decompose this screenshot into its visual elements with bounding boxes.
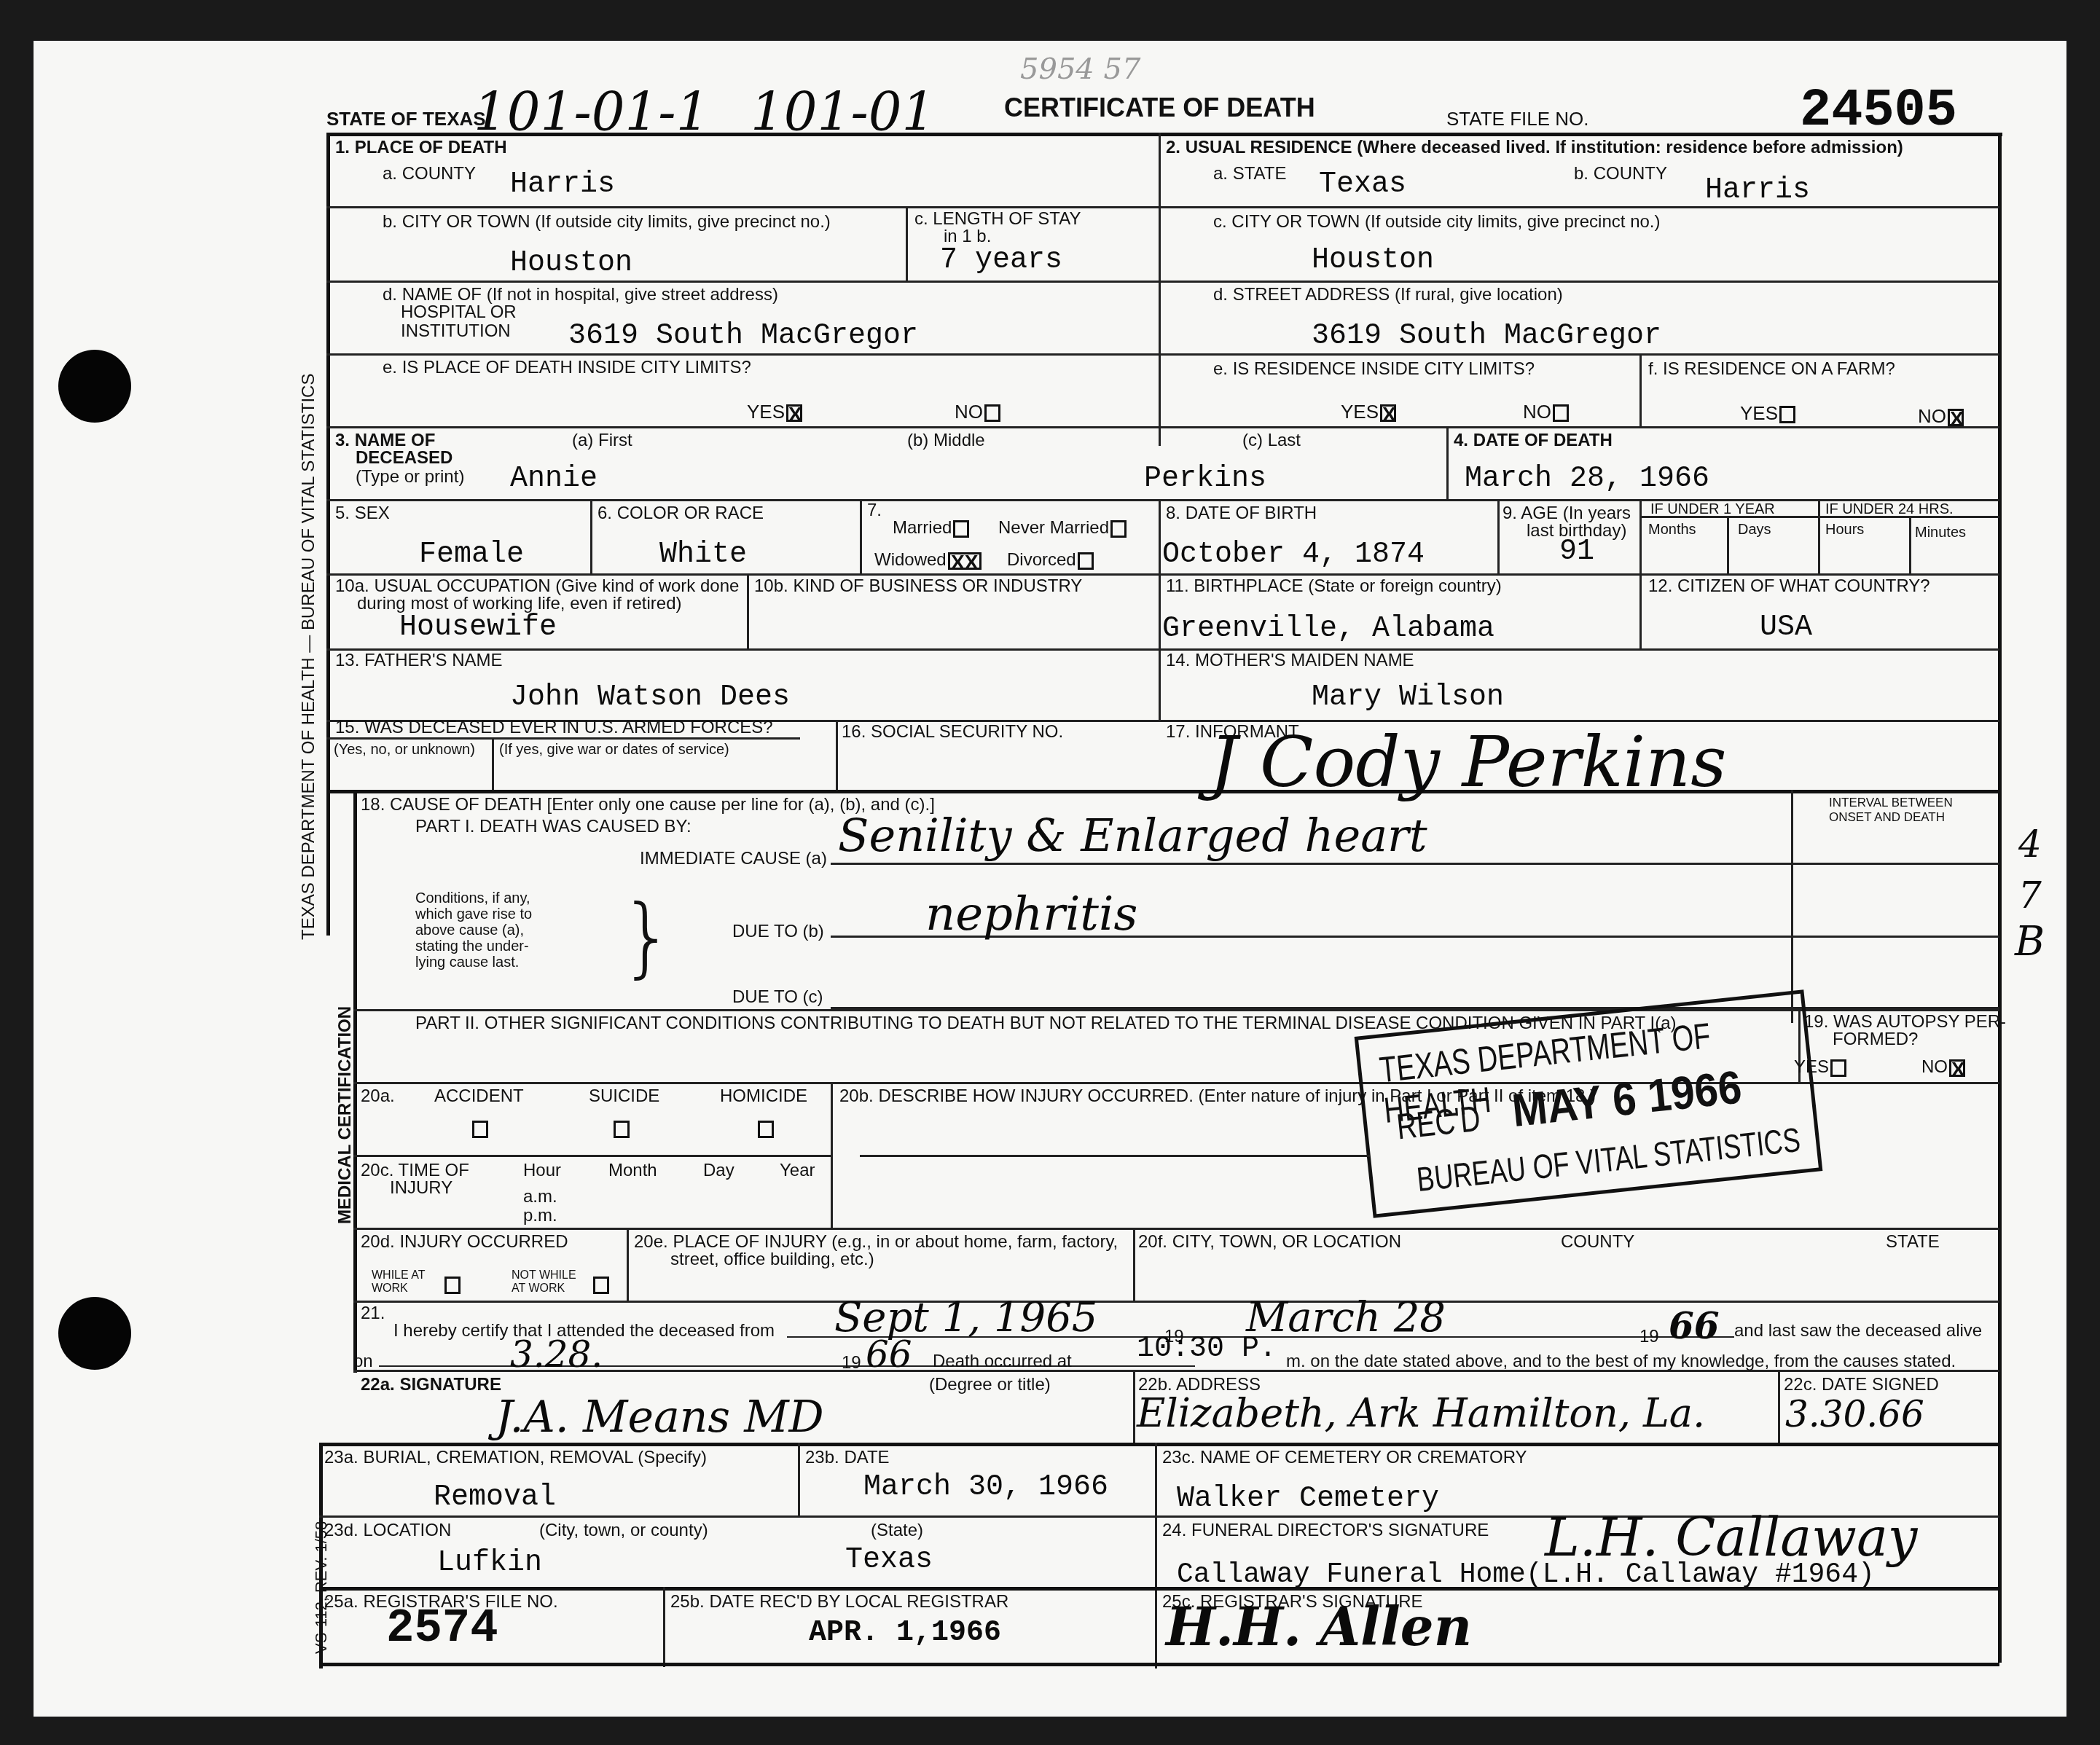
injury-type-label: 20a. — [361, 1087, 395, 1106]
degree-label: (Degree or title) — [929, 1376, 1051, 1395]
registrar-date-label: 25b. DATE REC'D BY LOCAL REGISTRAR — [670, 1593, 1008, 1612]
suicide-label: SUICIDE — [589, 1087, 659, 1106]
birthplace-value: Greenville, Alabama — [1162, 613, 1494, 646]
residence-inside-yes[interactable]: YESX — [1341, 402, 1396, 422]
homicide-label: HOMICIDE — [720, 1087, 807, 1106]
place-of-injury-label-2: street, office building, etc.) — [670, 1250, 874, 1269]
residence-state-value: Texas — [1319, 169, 1406, 201]
minutes-label: Minutes — [1915, 525, 1966, 541]
certify-text-4: m. on the date stated above, and to the … — [1286, 1352, 1956, 1371]
farm-no[interactable]: NOX — [1918, 407, 1964, 426]
armed-forces-label: 15. WAS DECEASED EVER IN U.S. ARMED FORC… — [335, 718, 773, 737]
place-of-death-label: 1. PLACE OF DEATH — [335, 138, 507, 157]
death-city-label: b. CITY OR TOWN (If outside city limits,… — [383, 213, 831, 232]
state-of-texas-label: STATE OF TEXAS — [326, 109, 486, 128]
usual-residence-label: 2. USUAL RESIDENCE (Where deceased lived… — [1166, 138, 1903, 157]
checkbox[interactable] — [1830, 1059, 1846, 1077]
citizen-label: 12. CITIZEN OF WHAT COUNTRY? — [1648, 577, 1930, 596]
checkbox-checked[interactable]: X — [1948, 409, 1964, 426]
while-at-work-checkbox[interactable] — [444, 1277, 461, 1294]
signature-label: 22a. SIGNATURE — [361, 1376, 501, 1395]
checkbox[interactable] — [984, 404, 1000, 422]
residence-city-label: c. CITY OR TOWN (If outside city limits,… — [1213, 213, 1661, 232]
certification-number: 21. — [361, 1304, 385, 1323]
certificate-title: CERTIFICATE OF DEATH — [1004, 93, 1315, 122]
race-label: 6. COLOR OR RACE — [598, 504, 764, 523]
due-to-b-value: nephritis — [925, 887, 1137, 941]
institution-label-2: HOSPITAL OR — [401, 303, 517, 322]
checkbox-checked[interactable]: X — [1380, 404, 1396, 422]
date-of-death-value: March 28, 1966 — [1465, 463, 1709, 495]
autopsy-no[interactable]: NOX — [1921, 1058, 1965, 1077]
funeral-home-value: Callaway Funeral Home(L.H. Callaway #196… — [1177, 1559, 1875, 1591]
checkbox[interactable] — [1110, 520, 1127, 538]
pencil-note: 5954 57 — [1020, 52, 1140, 86]
father-name-label: 13. FATHER'S NAME — [335, 651, 503, 670]
registrar-signature: H.H. Allen — [1166, 1596, 1472, 1658]
margin-note-2: 7 — [2018, 874, 2042, 917]
mother-name-label: 14. MOTHER'S MAIDEN NAME — [1166, 651, 1414, 670]
margin-note-1: 4 — [2018, 823, 2042, 866]
death-county-value: Harris — [510, 169, 615, 201]
residence-county-value: Harris — [1705, 175, 1810, 207]
not-while-at-work-checkbox[interactable] — [593, 1277, 609, 1294]
residence-state-label: a. STATE — [1213, 165, 1286, 184]
death-time: 10:30 P. — [1137, 1333, 1277, 1365]
father-name-value: John Watson Dees — [510, 682, 790, 714]
widowed-option[interactable]: WidowedXX — [874, 551, 982, 570]
medical-certification-label: MEDICAL CERTIFICATION — [335, 1006, 356, 1224]
homicide-checkbox[interactable] — [758, 1121, 774, 1138]
autopsy-label-2: FORMED? — [1833, 1030, 1918, 1049]
last-name-value: Perkins — [1144, 463, 1266, 495]
mother-name-value: Mary Wilson — [1312, 682, 1504, 714]
location-label: 23d. LOCATION — [324, 1521, 451, 1540]
residence-street-value: 3619 South MacGregor — [1312, 321, 1661, 353]
side-label-texas-dept: TEXAS DEPARTMENT OF HEALTH — BUREAU OF V… — [299, 374, 319, 940]
informant-signature: J Cody Perkins — [1210, 721, 1726, 803]
punch-hole — [58, 1297, 131, 1370]
immediate-cause-value: Senility & Enlarged heart — [838, 809, 1427, 862]
residence-inside-no[interactable]: NO — [1523, 402, 1569, 422]
institution-label-3: INSTITUTION — [401, 322, 511, 341]
armed-forces-sub-1: (Yes, no, or unknown) — [334, 742, 475, 758]
attended-to-year: 66 — [1669, 1304, 1720, 1347]
brace-icon: } — [619, 890, 675, 985]
date-signed-value: 3.30.66 — [1785, 1393, 1924, 1435]
injury-occurred-label: 20d. INJURY OCCURRED — [361, 1233, 568, 1252]
checkbox[interactable] — [953, 520, 969, 538]
social-security-label: 16. SOCIAL SECURITY NO. — [842, 723, 1063, 742]
stamp-recd: REC'D — [1395, 1099, 1482, 1149]
age-value: 91 — [1559, 536, 1594, 568]
certify-text-3: Death occurred at — [933, 1352, 1072, 1371]
length-of-stay-value: 7 years — [940, 245, 1062, 277]
year-label: Year — [780, 1161, 815, 1180]
time-of-injury-label-2: INJURY — [390, 1179, 452, 1198]
immediate-cause-label: IMMEDIATE CAUSE (a) — [640, 850, 827, 868]
location-state-label: (State) — [871, 1521, 923, 1540]
sex-label: 5. SEX — [335, 504, 390, 523]
due-to-c-label: DUE TO (c) — [732, 988, 823, 1007]
marital-status-label: 7. — [867, 501, 882, 520]
burial-label: 23a. BURIAL, CREMATION, REMOVAL (Specify… — [324, 1448, 707, 1467]
certify-19c: 19 — [842, 1354, 861, 1373]
death-city-value: Houston — [510, 248, 632, 280]
checkbox[interactable] — [1078, 552, 1094, 570]
injury-state-label: STATE — [1886, 1233, 1940, 1252]
first-name-label: (a) First — [572, 431, 632, 450]
months-label: Months — [1648, 522, 1696, 538]
injury-city-label: 20f. CITY, TOWN, OR LOCATION — [1138, 1233, 1401, 1252]
length-of-stay-label: c. LENGTH OF STAY — [914, 210, 1081, 229]
checkbox[interactable] — [1779, 406, 1795, 423]
part-1-label: PART I. DEATH WAS CAUSED BY: — [415, 817, 691, 836]
certify-text-2: and last saw the deceased alive — [1734, 1322, 1982, 1341]
deceased-name-label-2: DECEASED — [356, 449, 452, 468]
accident-label: ACCIDENT — [434, 1087, 524, 1106]
never-married-option[interactable]: Never Married — [998, 519, 1127, 538]
citizen-value: USA — [1760, 612, 1812, 644]
checkbox-checked[interactable]: X — [786, 404, 802, 422]
interval-label-2: ONSET AND DEATH — [1829, 810, 1945, 824]
hour-label: Hour — [523, 1161, 561, 1180]
disposition-date-value: March 30, 1966 — [863, 1472, 1108, 1504]
registrar-file-value: 2574 — [386, 1603, 498, 1655]
farm-yes[interactable]: YES — [1740, 404, 1795, 423]
pm-label: p.m. — [523, 1207, 557, 1226]
disposition-date-label: 23b. DATE — [805, 1448, 890, 1467]
describe-injury-label: 20b. DESCRIBE HOW INJURY OCCURRED. (Ente… — [839, 1087, 1596, 1106]
farm-label: f. IS RESIDENCE ON A FARM? — [1648, 360, 1895, 379]
location-city-value: Lufkin — [437, 1548, 542, 1580]
death-inside-limits-label: e. IS PLACE OF DEATH INSIDE CITY LIMITS? — [383, 358, 751, 377]
not-while-at-work-label[interactable]: NOT WHILEAT WORK — [512, 1269, 576, 1295]
last-name-label: (c) Last — [1242, 431, 1301, 450]
days-label: Days — [1738, 522, 1771, 538]
suicide-checkbox[interactable] — [614, 1121, 630, 1138]
certify-19b: 19 — [1639, 1328, 1659, 1346]
under-1-year-label: IF UNDER 1 YEAR — [1650, 501, 1775, 517]
armed-forces-sub-2: (If yes, give war or dates of service) — [499, 742, 729, 758]
physician-signature: J.A. Means MD — [495, 1392, 824, 1443]
registrar-date-value: APR. 1,1966 — [809, 1617, 1001, 1650]
cemetery-value: Walker Cemetery — [1177, 1483, 1439, 1515]
burial-value: Removal — [434, 1482, 556, 1514]
under-24-hrs-label: IF UNDER 24 HRS. — [1825, 501, 1954, 517]
date-of-birth-value: October 4, 1874 — [1162, 539, 1425, 571]
on-label: on — [353, 1352, 373, 1371]
physician-address: Elizabeth, Ark Hamilton, La. — [1137, 1390, 1705, 1436]
interval-label: INTERVAL BETWEEN — [1829, 796, 1953, 809]
location-state-value: Texas — [845, 1545, 933, 1577]
date-signed-label: 22c. DATE SIGNED — [1784, 1376, 1939, 1395]
hours-label: Hours — [1825, 522, 1864, 538]
last-seen-date: 3.28. — [510, 1333, 603, 1376]
date-of-birth-label: 8. DATE OF BIRTH — [1166, 504, 1317, 523]
date-of-death-label: 4. DATE OF DEATH — [1454, 431, 1613, 450]
due-to-b-label: DUE TO (b) — [732, 922, 824, 941]
location-city-label: (City, town, or county) — [539, 1521, 708, 1540]
state-file-number: 24505 — [1800, 82, 1957, 140]
occupation-value: Housewife — [399, 612, 557, 644]
death-inside-limits-yes[interactable]: YESX — [747, 402, 802, 422]
married-option[interactable]: Married — [893, 519, 969, 538]
accident-checkbox[interactable] — [472, 1121, 488, 1138]
institution-value: 3619 South MacGregor — [568, 321, 918, 353]
residence-street-label: d. STREET ADDRESS (If rural, give locati… — [1213, 286, 1563, 305]
residence-county-label: b. COUNTY — [1574, 165, 1667, 184]
death-inside-limits-no[interactable]: NO — [955, 402, 1000, 422]
death-county-label: a. COUNTY — [383, 165, 476, 184]
margin-note-3: B — [2015, 918, 2045, 965]
deceased-name-label-3: (Type or print) — [356, 468, 464, 487]
residence-inside-limits-label: e. IS RESIDENCE INSIDE CITY LIMITS? — [1213, 360, 1535, 379]
race-value: White — [659, 539, 747, 571]
state-file-label: STATE FILE NO. — [1446, 109, 1589, 128]
conditions-note: Conditions, if any, which gave rise to a… — [415, 890, 532, 970]
sex-value: Female — [419, 539, 524, 571]
divorced-option[interactable]: Divorced — [1007, 551, 1094, 570]
middle-name-label: (b) Middle — [907, 431, 985, 450]
checkbox-checked[interactable]: X — [1949, 1059, 1965, 1077]
checkbox-checked[interactable]: XX — [948, 552, 982, 570]
injury-county-label: COUNTY — [1561, 1233, 1634, 1252]
first-name-value: Annie — [510, 463, 598, 495]
while-at-work-label[interactable]: WHILE ATWORK — [372, 1269, 426, 1295]
day-label: Day — [703, 1161, 734, 1180]
cemetery-label: 23c. NAME OF CEMETERY OR CREMATORY — [1162, 1448, 1527, 1467]
month-label: Month — [608, 1161, 657, 1180]
birthplace-label: 11. BIRTHPLACE (State or foreign country… — [1166, 577, 1502, 596]
checkbox[interactable] — [1553, 404, 1569, 422]
last-seen-year: 66 — [866, 1333, 912, 1376]
am-label: a.m. — [523, 1188, 557, 1207]
industry-label: 10b. KIND OF BUSINESS OR INDUSTRY — [754, 577, 1082, 596]
residence-city-value: Houston — [1312, 245, 1434, 277]
punch-hole — [58, 350, 131, 423]
funeral-director-label: 24. FUNERAL DIRECTOR'S SIGNATURE — [1162, 1521, 1489, 1540]
